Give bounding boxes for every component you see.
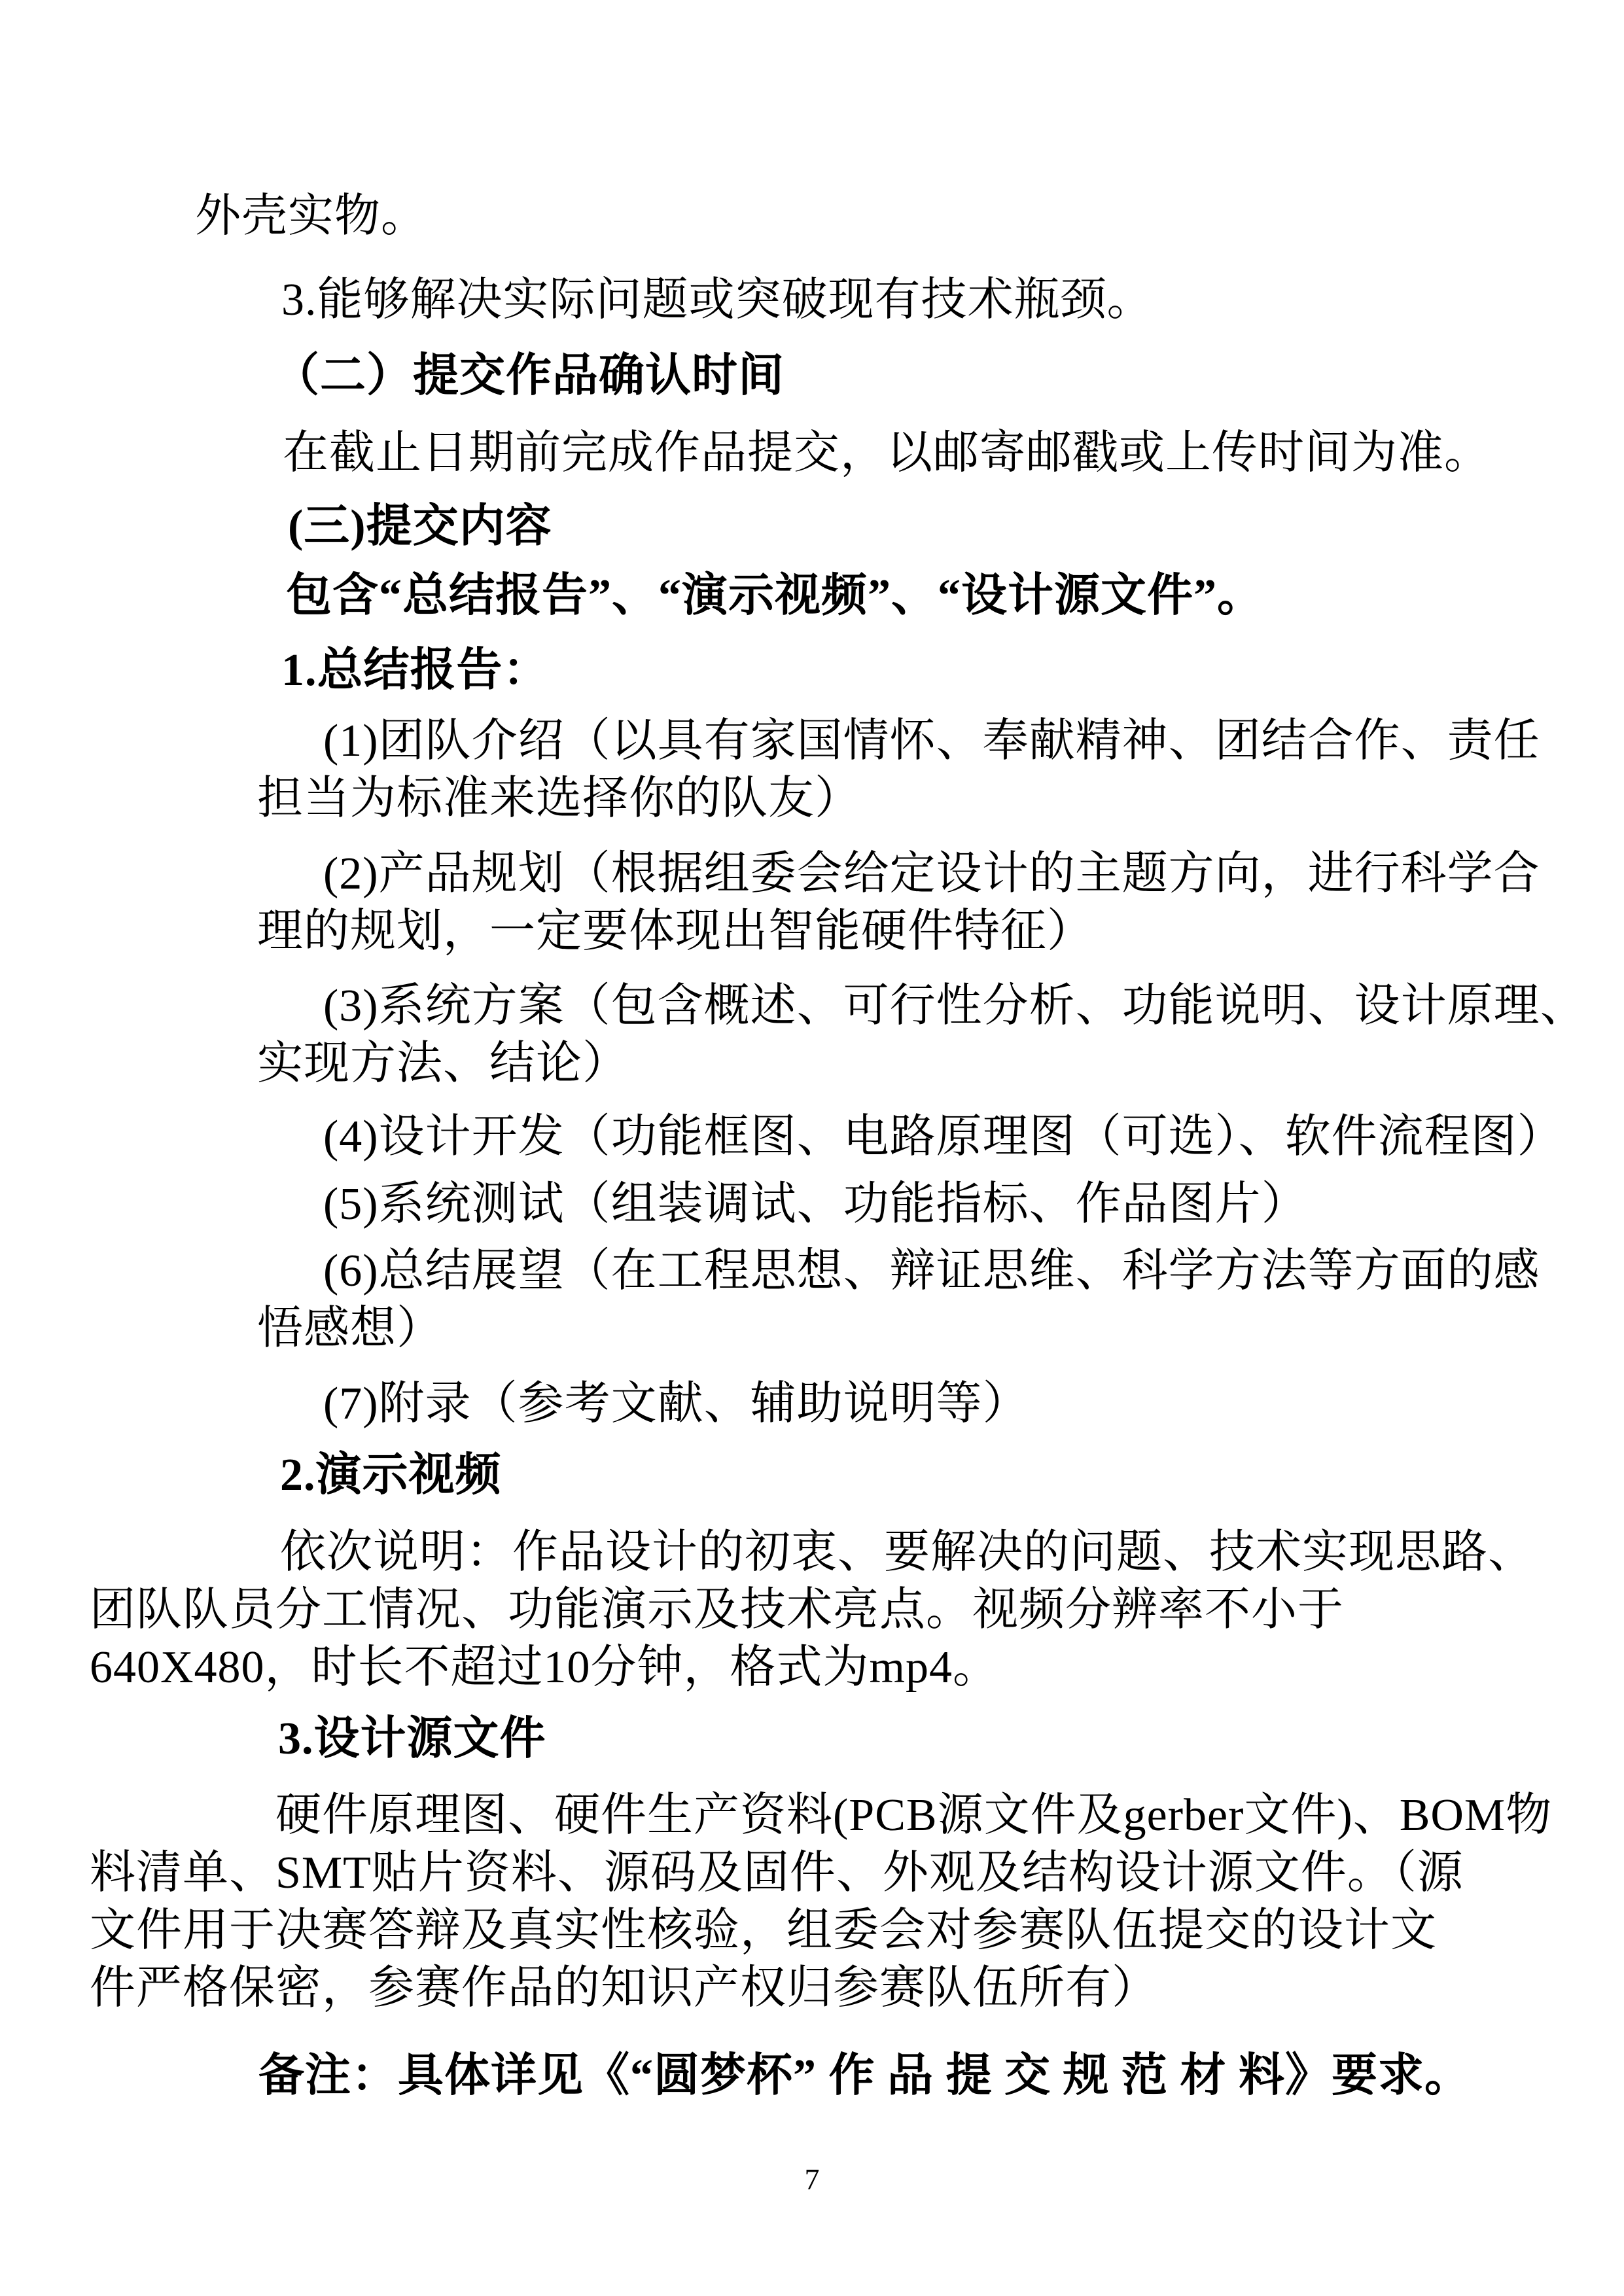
text-line: 3.能够解决实际问题或突破现有技术瓶颈。: [281, 275, 1154, 325]
text-line: 在截止日期前完成作品提交，以邮寄邮戳或上传时间为准。: [283, 428, 1491, 478]
text-line: 料清单、SMT贴片资料、源码及固件、外观及结构设计源文件。（源: [90, 1848, 1464, 1898]
text-line: （二）提交作品确认时间: [274, 351, 785, 401]
text-line: 文件用于决赛答辩及真实性核验，组委会对参赛队伍提交的设计文: [90, 1905, 1437, 1956]
text-line: 3.设计源文件: [278, 1714, 546, 1764]
text-line: (2)产品规划（根据组委会给定设计的主题方向，进行科学合: [323, 849, 1540, 899]
text-line: (4)设计开发（功能框图、电路原理图（可选）、软件流程图）: [323, 1112, 1564, 1162]
text-line: 备注：具体详见《“圆梦杯” 作 品 提 交 规 范 材 料》要求。: [258, 2051, 1471, 2101]
text-line: (5)系统测试（组装调试、功能指标、作品图片）: [323, 1179, 1308, 1229]
text-line: 640X480，时长不超过10分钟，格式为mp4。: [90, 1642, 999, 1693]
text-line: 实现方法、结论）: [257, 1038, 629, 1089]
text-line: 硬件原理图、硬件生产资料(PCB源文件及gerber文件)、BOM物: [275, 1790, 1552, 1841]
text-line: (7)附录（参考文献、辅助说明等）: [323, 1379, 1029, 1429]
text-line: (三)提交内容: [288, 501, 552, 552]
text-line: (1)团队介绍（以具有家国情怀、奉献精神、团结合作、责任: [323, 716, 1540, 766]
text-line: 悟感想）: [257, 1303, 443, 1354]
text-line: (6)总结展望（在工程思想、辩证思维、科学方法等方面的感: [323, 1246, 1540, 1296]
text-line: 包含“总结报告”、“演示视频”、“设计源文件”。: [286, 571, 1263, 621]
text-line: 外壳实物。: [195, 191, 427, 241]
text-line: (3)系统方案（包含概述、可行性分析、功能说明、设计原理、: [323, 981, 1587, 1031]
page-number: 7: [0, 2164, 1624, 2195]
document-page: 外壳实物。3.能够解决实际问题或突破现有技术瓶颈。（二）提交作品确认时间在截止日…: [0, 0, 1624, 2296]
text-line: 团队队员分工情况、功能演示及技术亮点。视频分辨率不小于: [90, 1585, 1344, 1635]
text-line: 1.总结报告：: [281, 645, 550, 696]
text-line: 2.演示视频: [280, 1450, 502, 1500]
text-line: 担当为标准来选择你的队友）: [257, 773, 861, 824]
text-line: 件严格保密，参赛作品的知识产权归参赛队伍所有）: [90, 1963, 1158, 2013]
text-line: 依次说明：作品设计的初衷、要解决的问题、技术实现思路、: [280, 1527, 1534, 1578]
text-line: 理的规划，一定要体现出智能硬件特征）: [257, 906, 1093, 957]
